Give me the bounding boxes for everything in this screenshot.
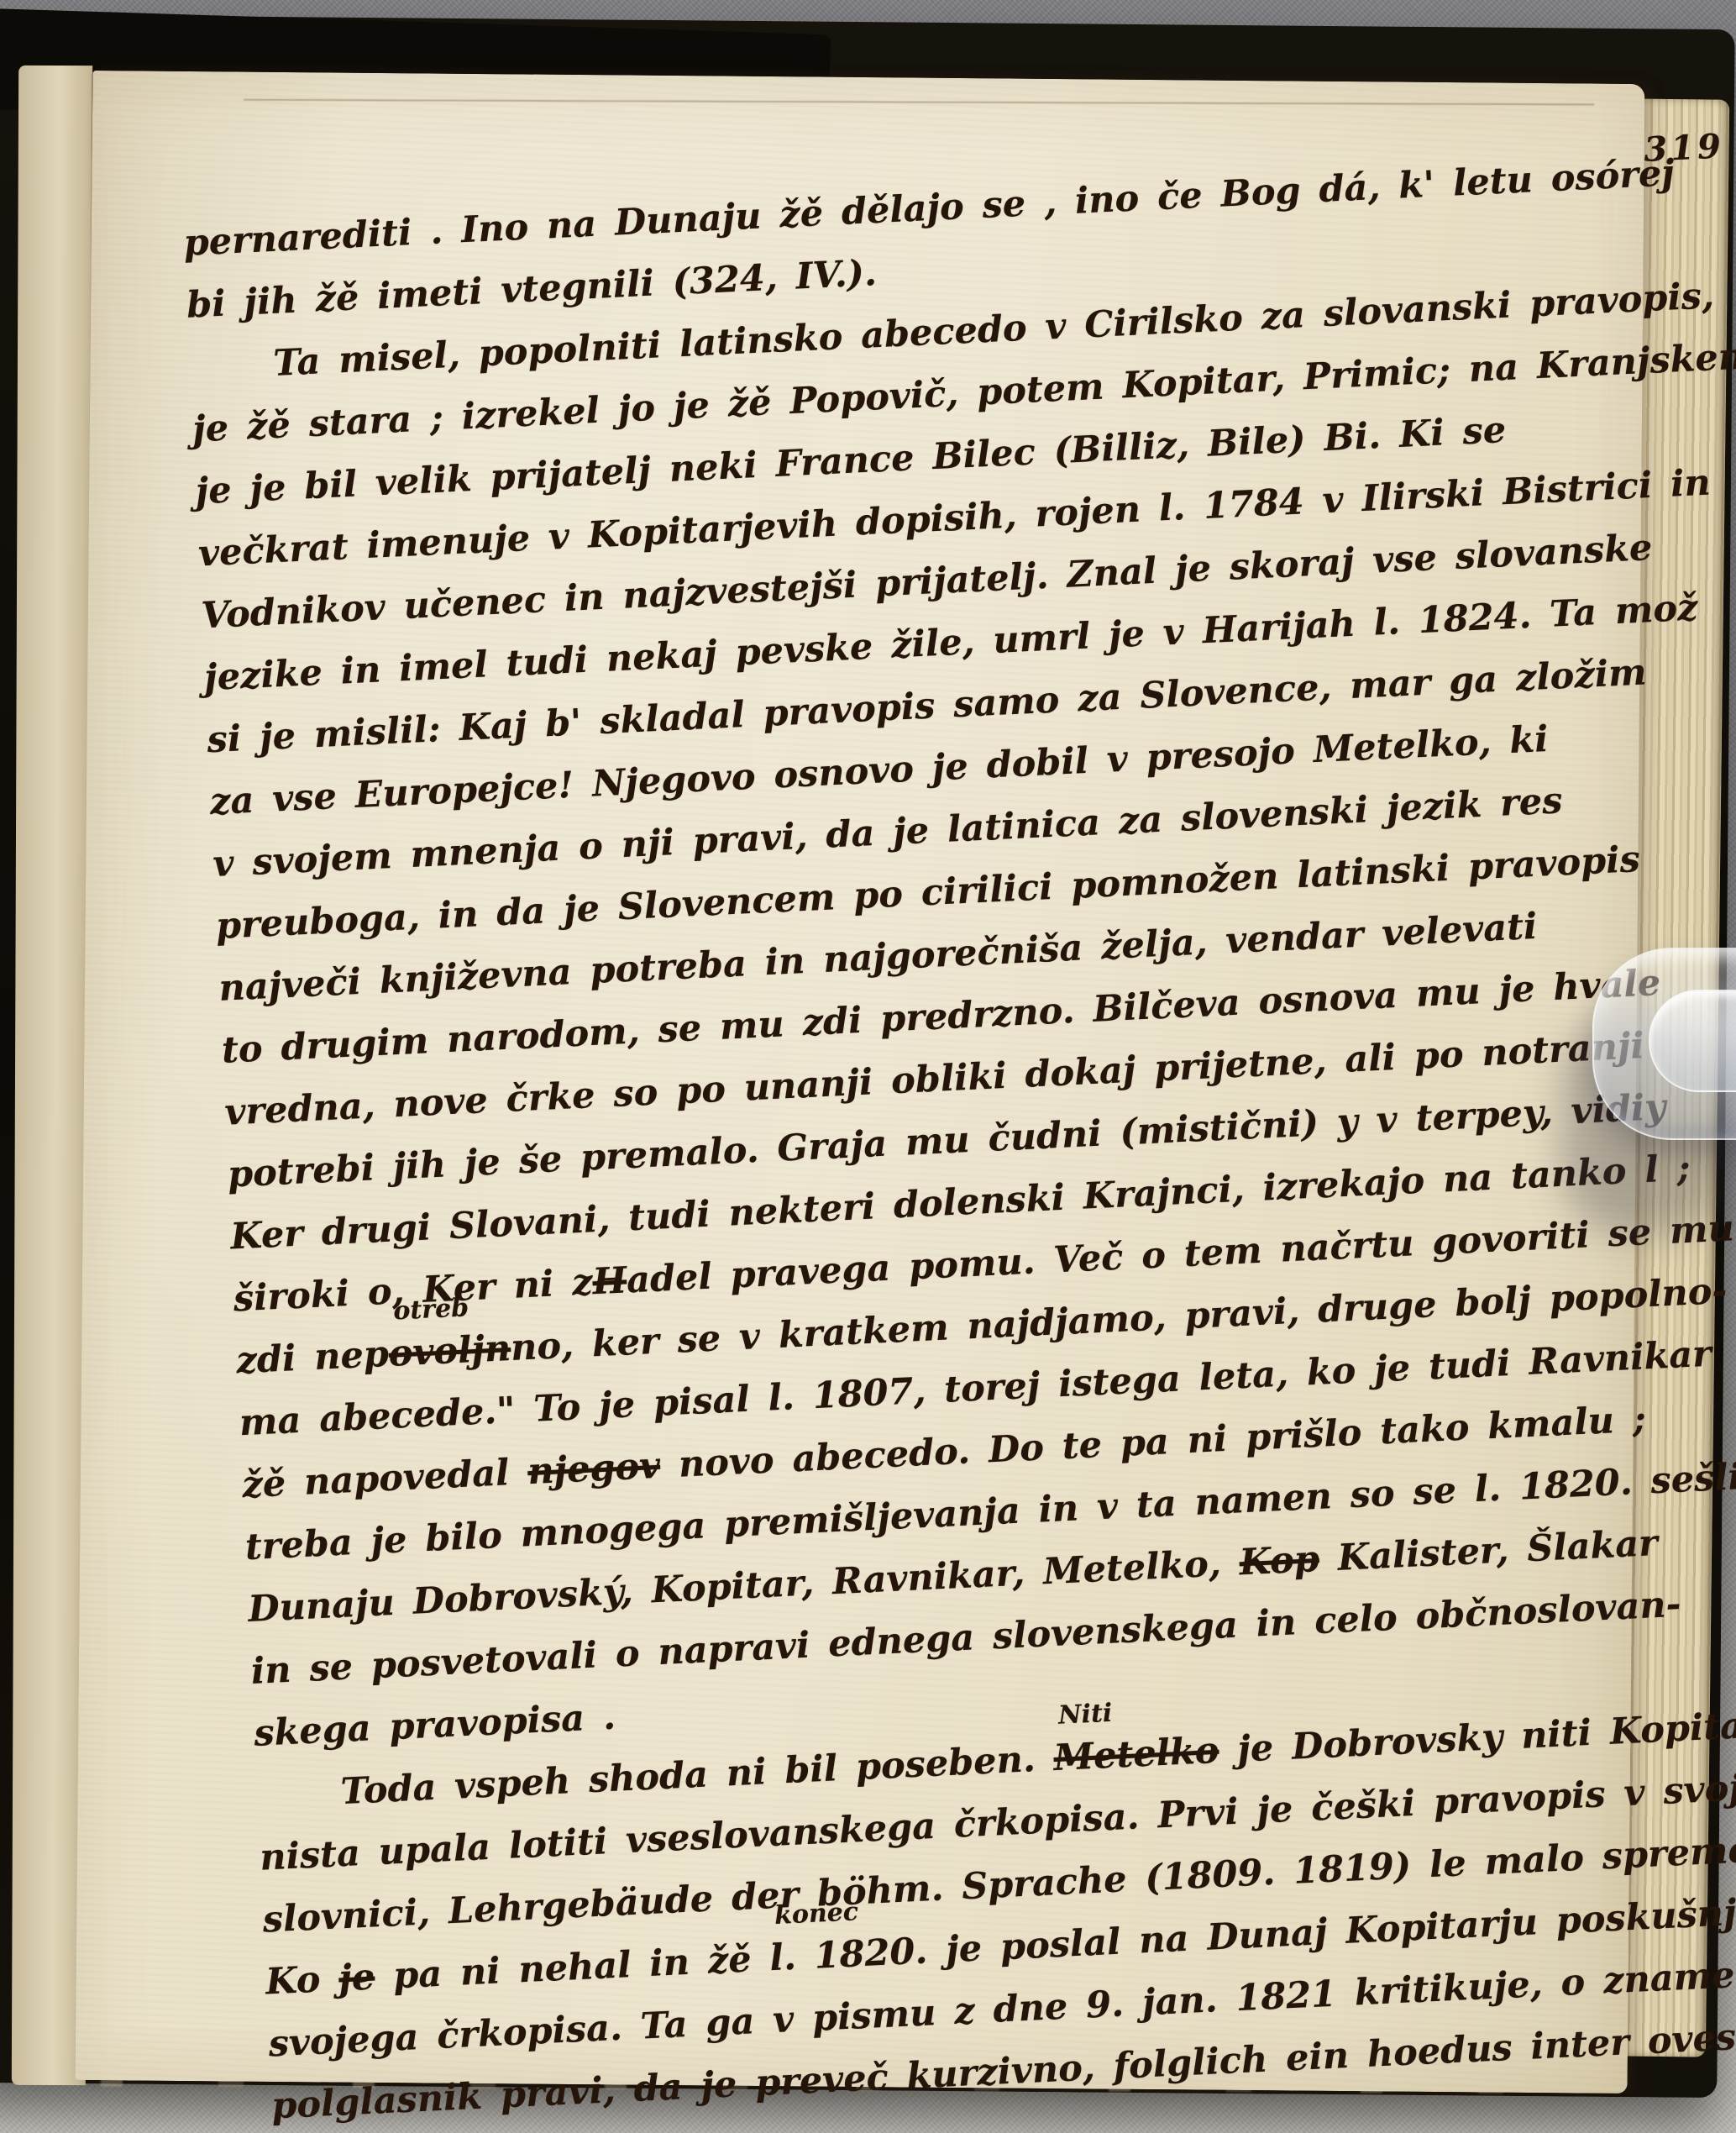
struck-text: ovoljn xyxy=(388,1327,512,1375)
corrected-text: konecl. 1820. xyxy=(768,1920,929,1989)
text-lines: pernarediti . Ino na Dunaju žě dělajo se… xyxy=(182,140,1736,2133)
struck-text: njegov xyxy=(527,1445,661,1493)
struck-text: Metelko xyxy=(1052,1730,1219,1779)
text-segment: Kalister, Šlakar xyxy=(1319,1522,1659,1580)
interlinear-insertion: otreb xyxy=(393,1295,469,1324)
corrected-text: otrebovoljn xyxy=(387,1317,512,1385)
text-segment: zdi nep xyxy=(235,1333,390,1382)
text-segment: skega pravopisa . xyxy=(253,1696,616,1755)
text-segment: l. 1820. xyxy=(768,1930,928,1979)
page-number: 319 xyxy=(1643,126,1725,169)
interlinear-insertion: Niti xyxy=(1058,1701,1113,1729)
manuscript-page: 319 pernarediti . Ino na Dunaju žě dělaj… xyxy=(76,71,1645,2094)
text-segment: Ko xyxy=(265,1958,339,2004)
interlinear-insertion: konec xyxy=(774,1899,858,1929)
plastic-page-clip xyxy=(1592,948,1736,1140)
manuscript-photo: 319 pernarediti . Ino na Dunaju žě dělaj… xyxy=(0,0,1736,2133)
handwritten-text-block: 319 pernarediti . Ino na Dunaju žě dělaj… xyxy=(182,140,1736,2133)
text-segment: žě napovedal xyxy=(241,1451,528,1506)
struck-text: Kop xyxy=(1239,1538,1320,1584)
struck-text: H xyxy=(591,1259,627,1303)
text-segment: pa ni nehal in žě xyxy=(374,1937,771,1998)
struck-text: je xyxy=(338,1956,375,1999)
corrected-text: NitiMetelko xyxy=(1052,1720,1220,1789)
plastic-clip-prong xyxy=(1649,990,1736,1092)
